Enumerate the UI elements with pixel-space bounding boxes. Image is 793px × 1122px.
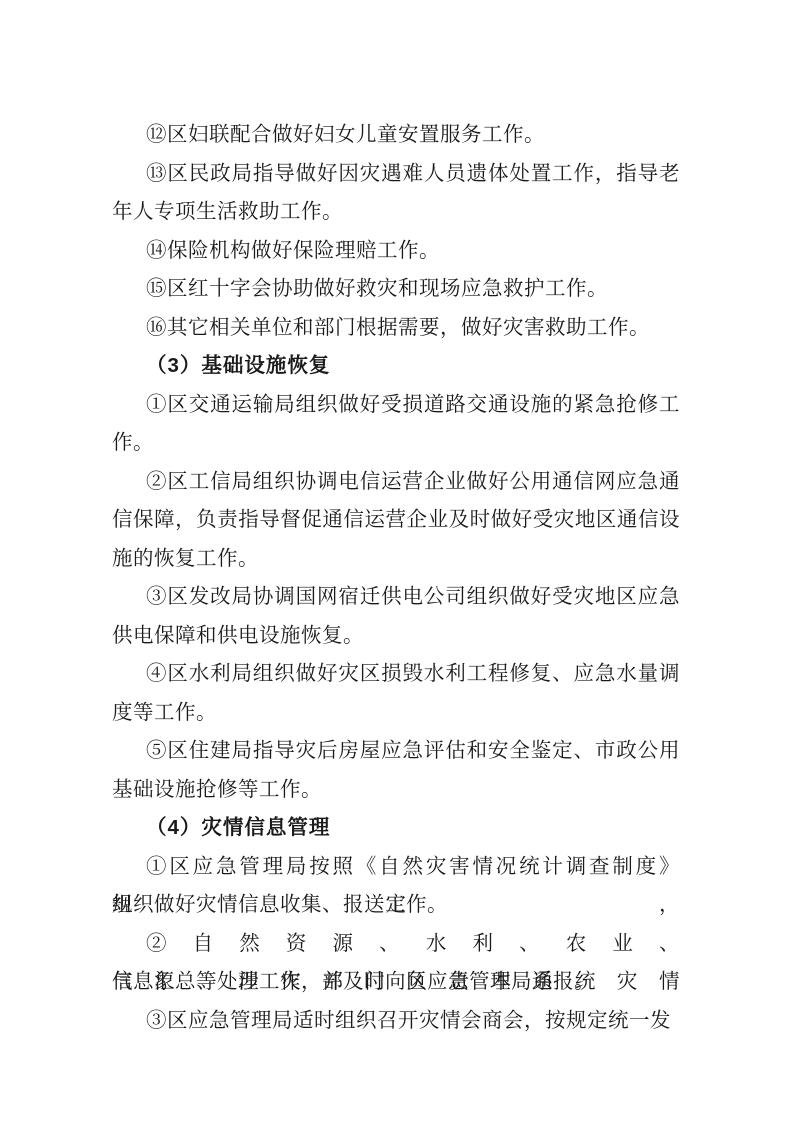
text-line: 信保障，负责指导督促通信运营企业及时做好受灾地区通信设: [112, 501, 680, 540]
text-line: ⑤区住建局指导灾后房屋应急评估和安全鉴定、市政公用: [112, 732, 680, 771]
paragraph: ⑫区妇联配合做好妇女儿童安置服务工作。: [112, 116, 680, 155]
paragraph: ④区水利局组织做好灾区损毁水利工程修复、应急水量调度等工作。: [112, 655, 680, 732]
section-heading: （4）灾情信息管理: [112, 809, 680, 848]
section-heading: （3）基础设施恢复: [112, 347, 680, 386]
text-line: ④区水利局组织做好灾区损毁水利工程修复、应急水量调: [112, 655, 680, 694]
paragraph: ⑯其它相关单位和部门根据需要，做好灾害救助工作。: [112, 309, 680, 348]
text-line: 年人专项生活救助工作。: [112, 193, 680, 232]
text-line: 作。: [112, 424, 680, 463]
paragraph: ③区发改局协调国网宿迁供电公司组织做好受灾地区应急供电保障和供电设施恢复。: [112, 578, 680, 655]
text-line: 信息汇总、处理工作，并及时向区应急管理局通报。: [112, 963, 680, 1002]
paragraph: ⑤区住建局指导灾后房屋应急评估和安全鉴定、市政公用基础设施抢修等工作。: [112, 732, 680, 809]
paragraph: ⑮区红十字会协助做好救灾和现场应急救护工作。: [112, 270, 680, 309]
text-line: ①区应急管理局按照《自然灾害情况统计调查制度》规定，: [112, 848, 680, 887]
heading-line: （3）基础设施恢复: [112, 347, 680, 386]
document-page: ⑫区妇联配合做好妇女儿童安置服务工作。⑬区民政局指导做好因灾遇难人员遗体处置工作…: [0, 0, 793, 1122]
text-line: 度等工作。: [112, 694, 680, 733]
paragraph: ③区应急管理局适时组织召开灾情会商会，按规定统一发: [112, 1002, 680, 1041]
document-body: ⑫区妇联配合做好妇女儿童安置服务工作。⑬区民政局指导做好因灾遇难人员遗体处置工作…: [112, 116, 680, 1040]
text-line: ②区工信局组织协调电信运营企业做好公用通信网应急通: [112, 463, 680, 502]
heading-line: （4）灾情信息管理: [112, 809, 680, 848]
paragraph: ⑭保险机构做好保险理赔工作。: [112, 232, 680, 271]
text-line: ⑬区民政局指导做好因灾遇难人员遗体处置工作，指导老: [112, 155, 680, 194]
paragraph: ②自然资源、水利、农业、气象等涉灾部门负责本系统灾情信息汇总、处理工作，并及时向…: [112, 925, 680, 1002]
paragraph: ①区交通运输局组织做好受损道路交通设施的紧急抢修工作。: [112, 386, 680, 463]
text-line: ⑮区红十字会协助做好救灾和现场应急救护工作。: [112, 270, 680, 309]
text-line: ①区交通运输局组织做好受损道路交通设施的紧急抢修工: [112, 386, 680, 425]
text-line: ⑭保险机构做好保险理赔工作。: [112, 232, 680, 271]
paragraph: ②区工信局组织协调电信运营企业做好公用通信网应急通信保障，负责指导督促通信运营企…: [112, 463, 680, 579]
text-line: 基础设施抢修等工作。: [112, 771, 680, 810]
text-line: ③区发改局协调国网宿迁供电公司组织做好受灾地区应急: [112, 578, 680, 617]
paragraph: ①区应急管理局按照《自然灾害情况统计调查制度》规定，组织做好灾情信息收集、报送工…: [112, 848, 680, 925]
text-line: ②自然资源、水利、农业、气象等涉灾部门负责本系统灾情: [112, 925, 680, 964]
text-line: ⑫区妇联配合做好妇女儿童安置服务工作。: [112, 116, 680, 155]
text-line: ③区应急管理局适时组织召开灾情会商会，按规定统一发: [112, 1002, 680, 1041]
paragraph: ⑬区民政局指导做好因灾遇难人员遗体处置工作，指导老年人专项生活救助工作。: [112, 155, 680, 232]
text-line: ⑯其它相关单位和部门根据需要，做好灾害救助工作。: [112, 309, 680, 348]
text-line: 施的恢复工作。: [112, 540, 680, 579]
text-line: 供电保障和供电设施恢复。: [112, 617, 680, 656]
